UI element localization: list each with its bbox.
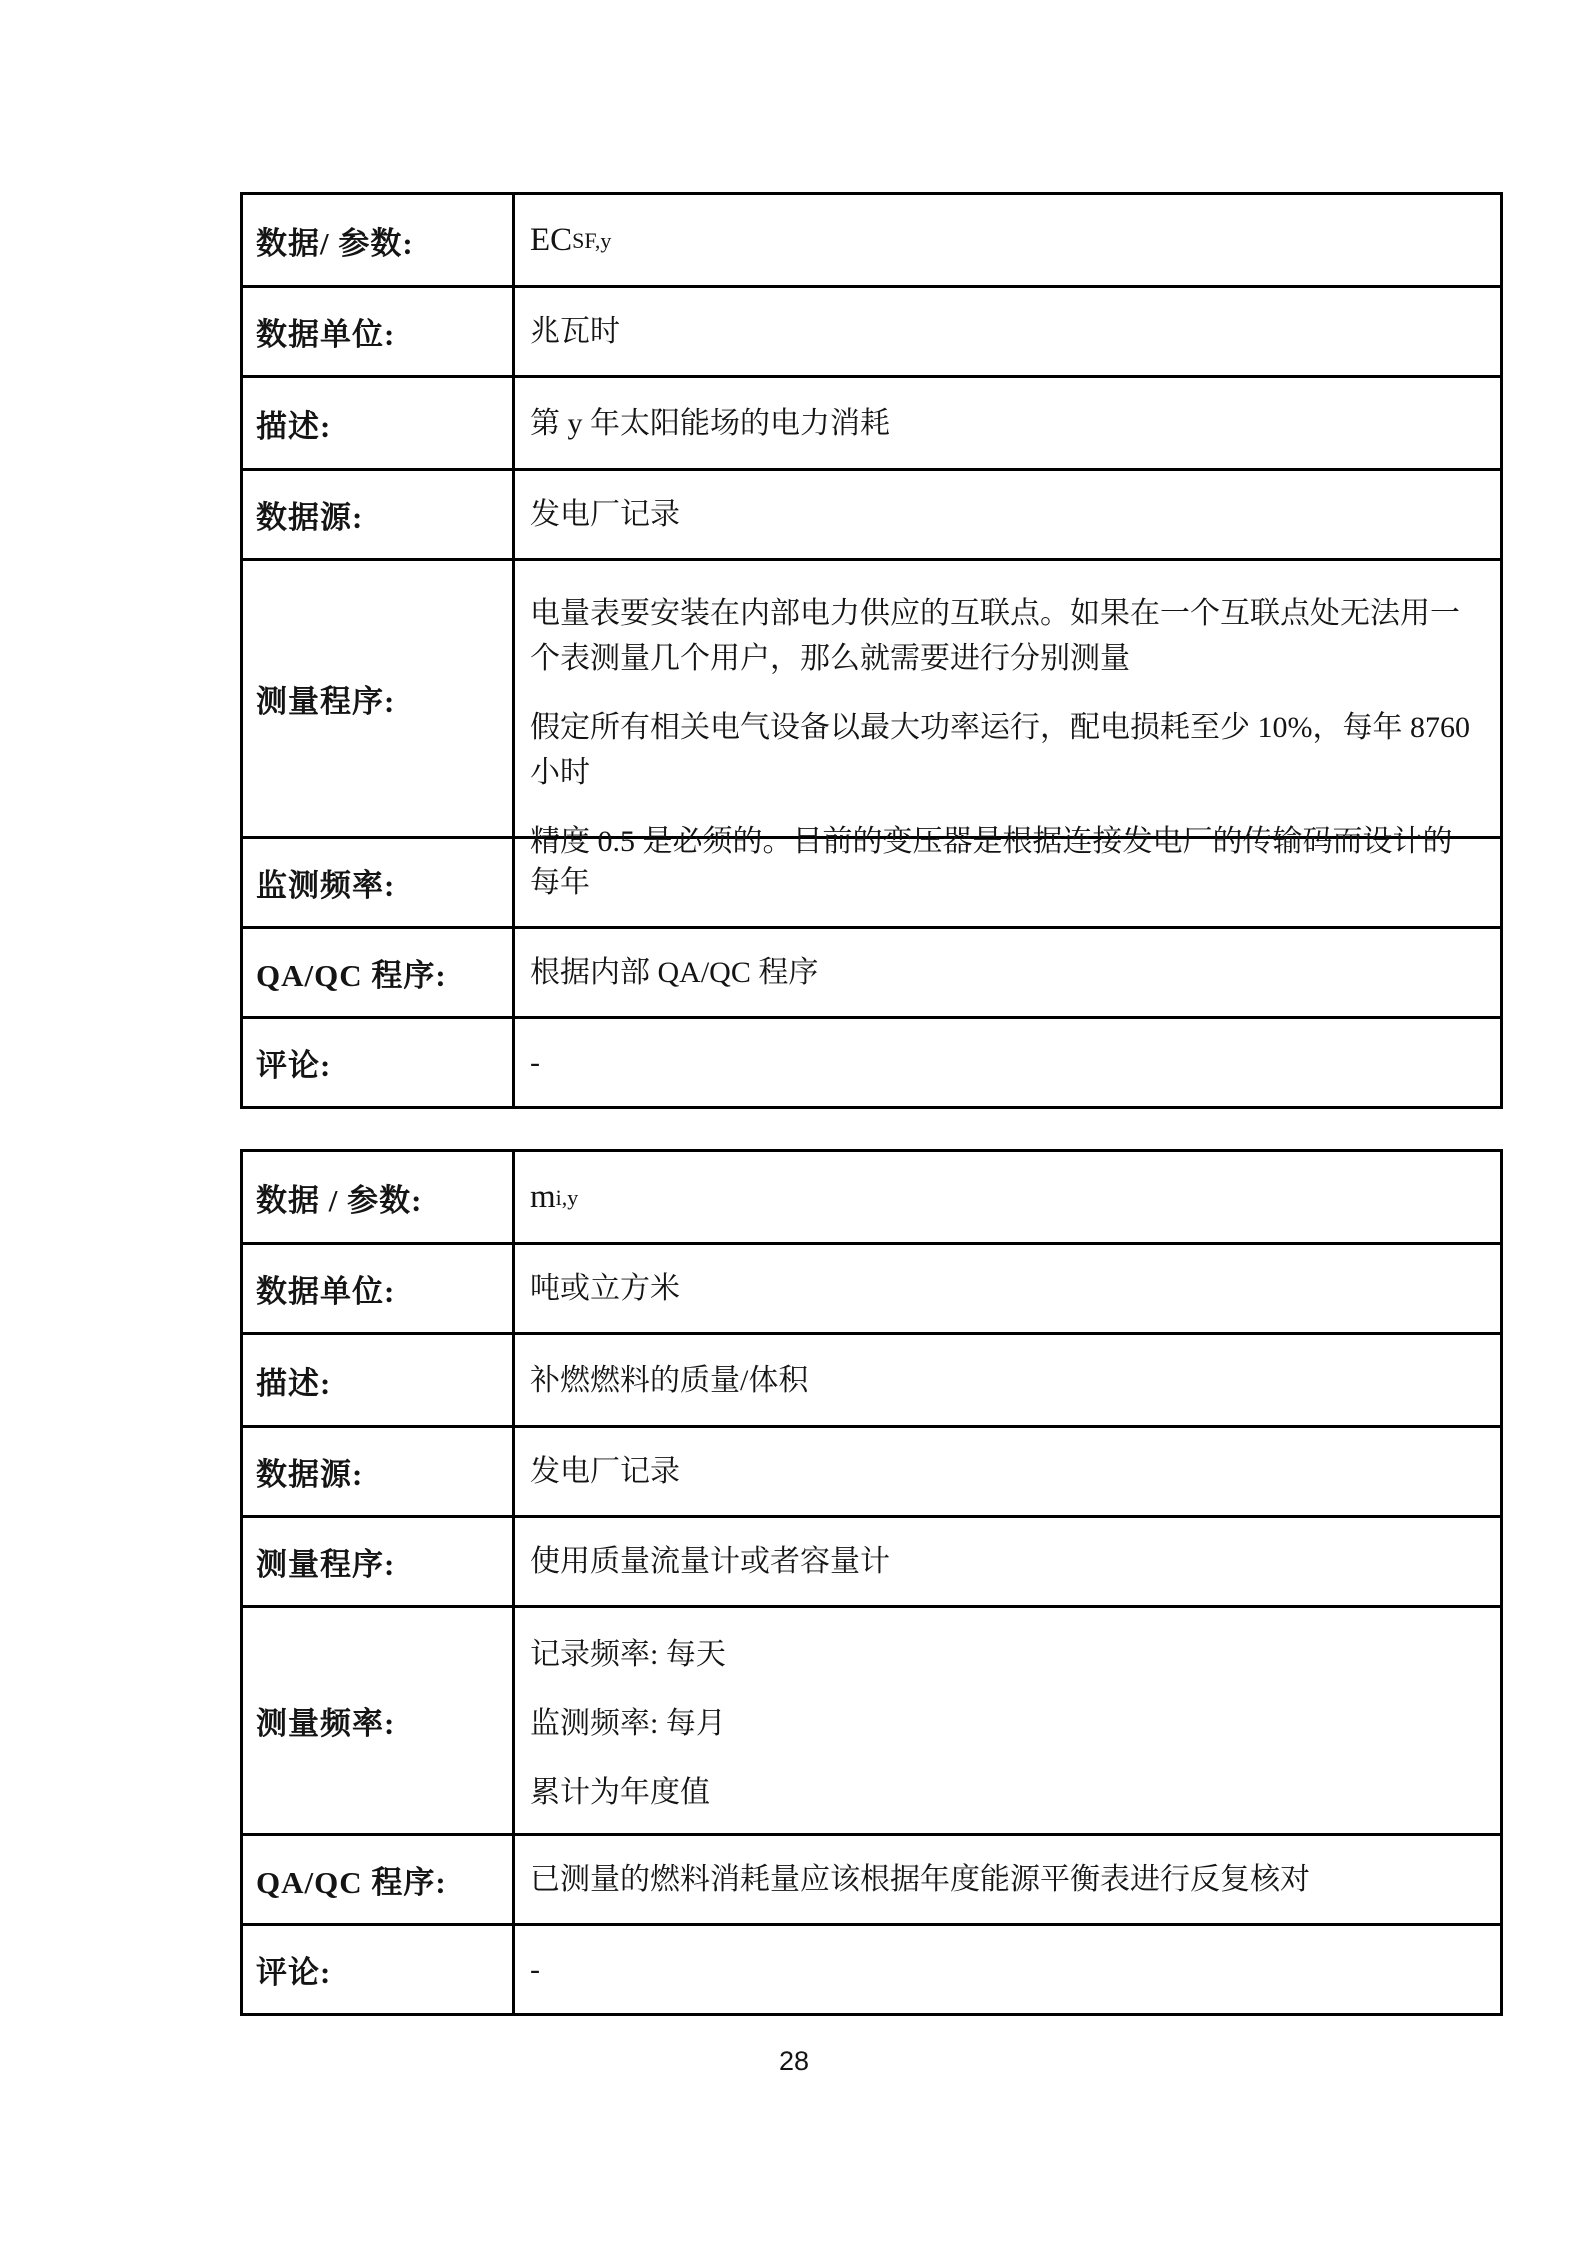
row-value: 每年 — [515, 839, 1500, 926]
table-row: QA/QC 程序: 根据内部 QA/QC 程序 — [243, 926, 1500, 1016]
value-line: 根据内部 QA/QC 程序 — [530, 950, 818, 995]
parameter-table-1: 数据/ 参数: ECSF,y 数据单位: 兆瓦时 描述: 第 y 年太阳能场的电… — [240, 192, 1503, 1109]
row-value: 兆瓦时 — [515, 288, 1500, 375]
value-line: 监测频率: 每月 — [530, 1701, 1485, 1746]
row-value: ECSF,y — [515, 195, 1500, 285]
row-value: - — [515, 1019, 1500, 1106]
table-row: QA/QC 程序: 已测量的燃料消耗量应该根据年度能源平衡表进行反复核对 — [243, 1833, 1500, 1923]
parameter-subscript: SF,y — [572, 218, 611, 263]
value-line: 发电厂记录 — [530, 492, 680, 537]
parameter-table-2: 数据 / 参数: mi,y 数据单位: 吨或立方米 描述: 补燃燃料的质量/体积… — [240, 1149, 1503, 2016]
value-line: 兆瓦时 — [530, 309, 620, 354]
row-value: 根据内部 QA/QC 程序 — [515, 929, 1500, 1016]
value-line: 吨或立方米 — [530, 1266, 680, 1311]
row-label: 数据源: — [243, 1428, 515, 1515]
table-row: 数据单位: 兆瓦时 — [243, 285, 1500, 375]
table-row: 数据 / 参数: mi,y — [243, 1152, 1500, 1242]
table-row: 测量程序: 电量表要安装在内部电力供应的互联点。如果在一个互联点处无法用一个表测… — [243, 558, 1500, 836]
row-label: 数据源: — [243, 471, 515, 558]
parameter-symbol: m — [530, 1175, 556, 1220]
row-value: 补燃燃料的质量/体积 — [515, 1335, 1500, 1425]
value-line: 第 y 年太阳能场的电力消耗 — [530, 401, 890, 446]
table-row: 评论: - — [243, 1923, 1500, 2013]
value-line: - — [530, 1947, 540, 1992]
value-line: 累计为年度值 — [530, 1770, 1485, 1815]
row-label: 测量频率: — [243, 1608, 515, 1833]
row-value: 记录频率: 每天监测频率: 每月累计为年度值 — [515, 1608, 1500, 1833]
value-line: 电量表要安装在内部电力供应的互联点。如果在一个互联点处无法用一个表测量几个用户，… — [530, 591, 1485, 681]
row-value: - — [515, 1926, 1500, 2013]
row-label: 数据 / 参数: — [243, 1152, 515, 1242]
row-value: 发电厂记录 — [515, 471, 1500, 558]
row-label: QA/QC 程序: — [243, 1836, 515, 1923]
table-row: 描述: 第 y 年太阳能场的电力消耗 — [243, 375, 1500, 468]
row-value: 第 y 年太阳能场的电力消耗 — [515, 378, 1500, 468]
value-line: 记录频率: 每天 — [530, 1632, 1485, 1677]
row-value: mi,y — [515, 1152, 1500, 1242]
row-value: 吨或立方米 — [515, 1245, 1500, 1332]
row-label: 数据单位: — [243, 1245, 515, 1332]
row-label: 描述: — [243, 1335, 515, 1425]
row-label: 描述: — [243, 378, 515, 468]
row-label: 测量程序: — [243, 1518, 515, 1605]
value-line: 使用质量流量计或者容量计 — [530, 1539, 890, 1584]
row-label: 监测频率: — [243, 839, 515, 926]
row-label: QA/QC 程序: — [243, 929, 515, 1016]
page-number: 28 — [0, 2046, 1588, 2077]
row-label: 数据/ 参数: — [243, 195, 515, 285]
row-label: 数据单位: — [243, 288, 515, 375]
row-label: 测量程序: — [243, 561, 515, 836]
document-page: { "page": { "number": "28", "background_… — [0, 0, 1588, 2245]
table-row: 数据源: 发电厂记录 — [243, 1425, 1500, 1515]
row-value: 使用质量流量计或者容量计 — [515, 1518, 1500, 1605]
parameter-subscript: i,y — [556, 1175, 579, 1220]
table-row: 描述: 补燃燃料的质量/体积 — [243, 1332, 1500, 1425]
value-line: 假定所有相关电气设备以最大功率运行，配电损耗至少 10%，每年 8760 小时 — [530, 705, 1485, 795]
value-line: - — [530, 1040, 540, 1085]
value-line: 补燃燃料的质量/体积 — [530, 1358, 808, 1403]
row-label: 评论: — [243, 1926, 515, 2013]
row-value: 电量表要安装在内部电力供应的互联点。如果在一个互联点处无法用一个表测量几个用户，… — [515, 561, 1500, 836]
table-row: 监测频率: 每年 — [243, 836, 1500, 926]
table-row: 数据/ 参数: ECSF,y — [243, 195, 1500, 285]
table-row: 测量程序: 使用质量流量计或者容量计 — [243, 1515, 1500, 1605]
table-row: 评论: - — [243, 1016, 1500, 1106]
value-line: 已测量的燃料消耗量应该根据年度能源平衡表进行反复核对 — [530, 1857, 1310, 1902]
table-row: 数据单位: 吨或立方米 — [243, 1242, 1500, 1332]
row-value: 已测量的燃料消耗量应该根据年度能源平衡表进行反复核对 — [515, 1836, 1500, 1923]
table-row: 测量频率: 记录频率: 每天监测频率: 每月累计为年度值 — [243, 1605, 1500, 1833]
value-line: 每年 — [530, 860, 590, 905]
row-value: 发电厂记录 — [515, 1428, 1500, 1515]
row-label: 评论: — [243, 1019, 515, 1106]
table-row: 数据源: 发电厂记录 — [243, 468, 1500, 558]
parameter-symbol: EC — [530, 218, 572, 263]
value-line: 发电厂记录 — [530, 1449, 680, 1494]
